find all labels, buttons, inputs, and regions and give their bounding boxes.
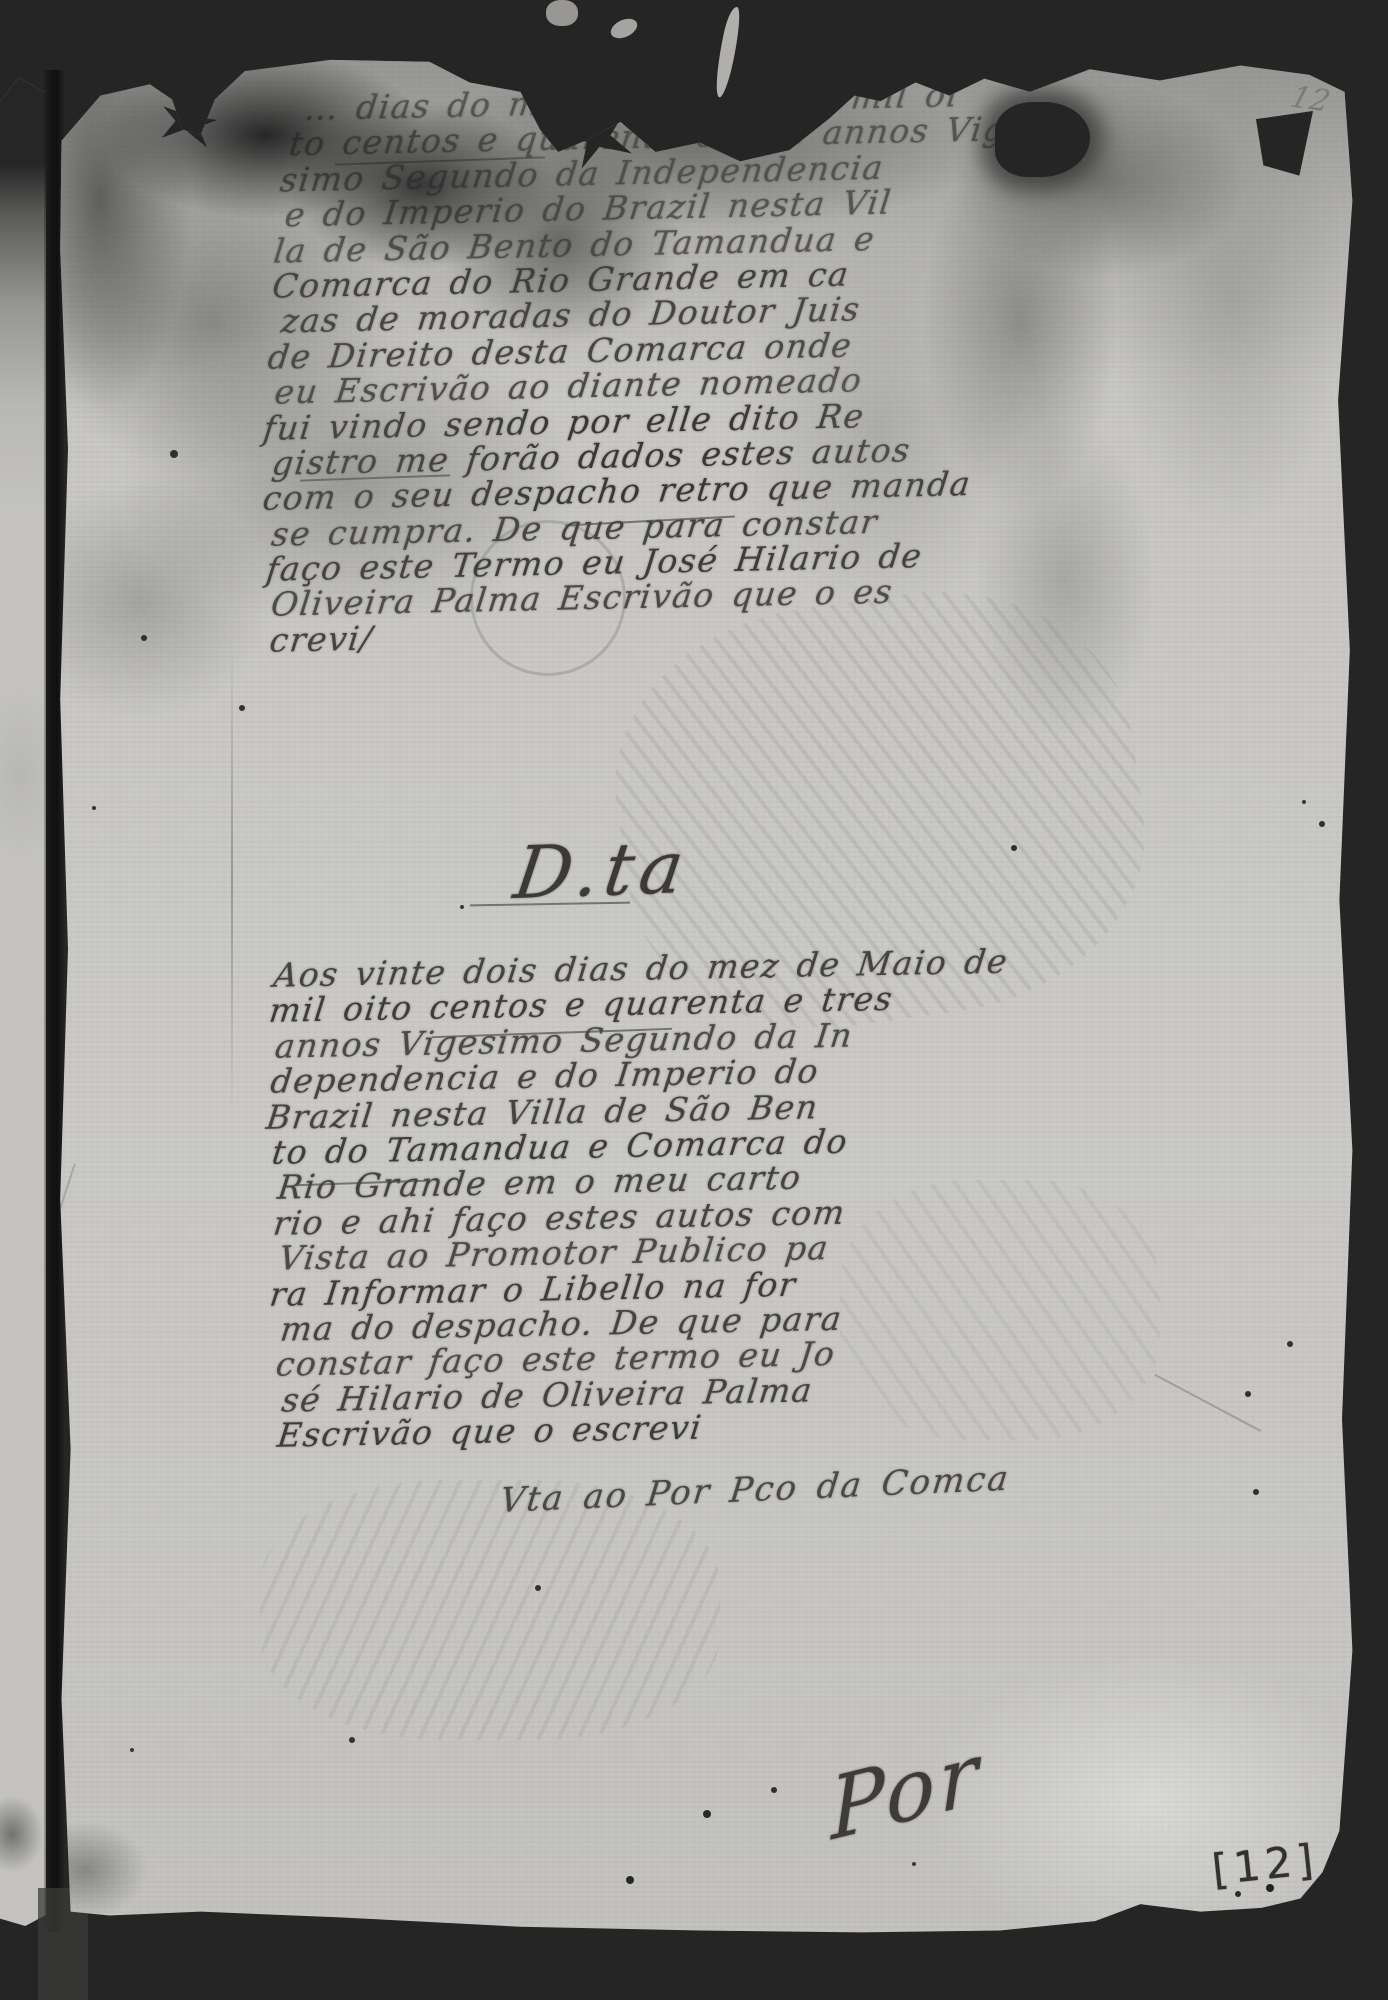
book-gutter-shadow bbox=[44, 70, 64, 1932]
marginal-note-vista: Vta ao Por Pco da Comca bbox=[498, 1459, 1002, 1521]
paper-fragment bbox=[608, 15, 641, 42]
scanned-manuscript: 12 … dias do mez de Março de mil oito ce… bbox=[0, 0, 1388, 2000]
scratch-mark bbox=[1155, 1374, 1262, 1432]
manuscript-page: 12 … dias do mez de Março de mil oito ce… bbox=[55, 58, 1355, 1938]
adjacent-page-edge bbox=[0, 74, 46, 1926]
worm-hole bbox=[1251, 111, 1313, 179]
crease-line bbox=[231, 640, 233, 1120]
paragraph-term-2: Aos vinte dois dias do mez de Maio demil… bbox=[258, 945, 967, 1454]
worm-hole bbox=[155, 94, 220, 151]
worm-hole bbox=[995, 102, 1090, 177]
show-through-hatching bbox=[260, 1480, 720, 1740]
paper-fragment bbox=[546, 0, 578, 26]
ink-specks bbox=[55, 58, 59, 62]
paper-fragment bbox=[711, 5, 745, 98]
folio-mark-bottom: [12] bbox=[1210, 1835, 1321, 1895]
por-flourish: Por bbox=[829, 1722, 984, 1860]
